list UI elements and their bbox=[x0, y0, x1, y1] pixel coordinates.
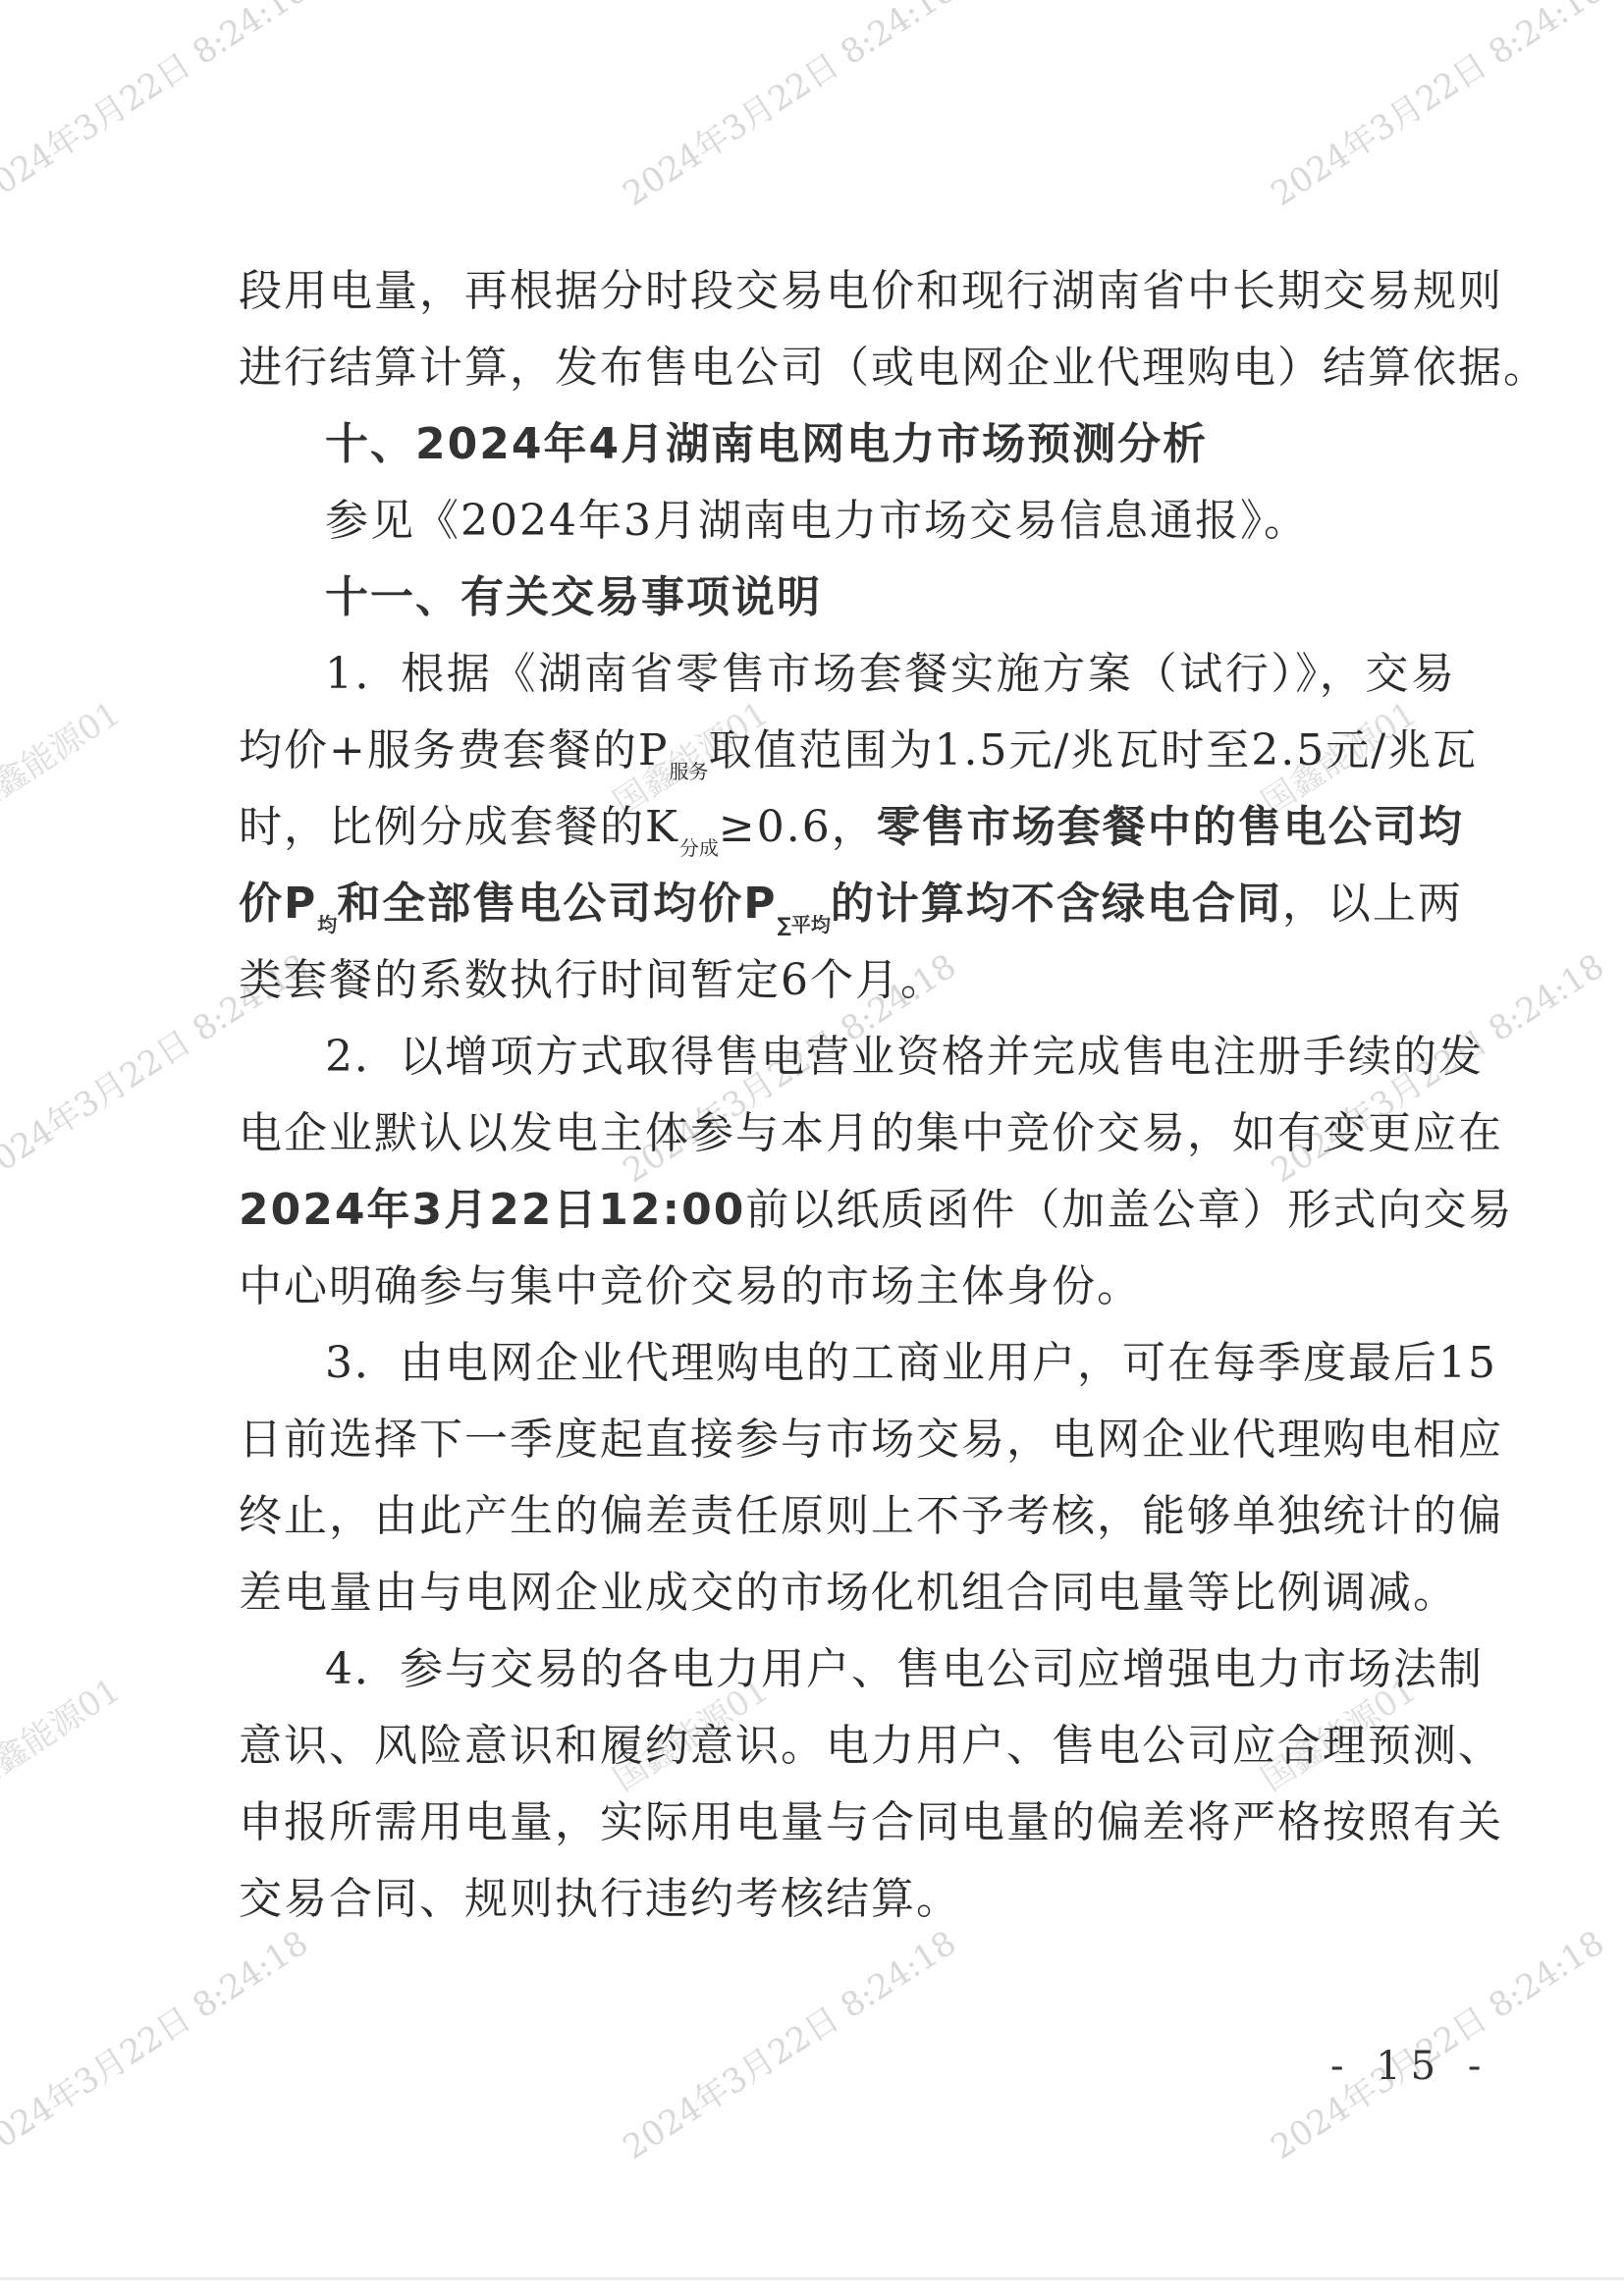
page-number: - 15 - bbox=[1330, 2044, 1490, 2089]
watermark-timestamp: 2024年3月22日 8:24:18 bbox=[1260, 1917, 1611, 2168]
watermark-timestamp: 2024年3月22日 8:24:18 bbox=[612, 0, 963, 215]
watermark-timestamp: 2024年3月22日 8:24:18 bbox=[1260, 0, 1611, 215]
text-span: 前以纸质函件（加盖公章）形式向交易 bbox=[745, 1185, 1513, 1235]
item-2-line: 2024年3月22日12:00前以纸质函件（加盖公章）形式向交易 bbox=[239, 1172, 1456, 1249]
section-heading-10: 十、2024年4月湖南电网电力市场预测分析 bbox=[239, 406, 1456, 483]
item-1-line: 时，比例分成套餐的K分成≥0.6，零售市场套餐中的售电公司均 bbox=[239, 789, 1456, 866]
text-span: 取值范围为1.5元/兆瓦时至2.5元/兆瓦 bbox=[708, 725, 1478, 775]
watermark-timestamp: 2024年3月22日 8:24:18 bbox=[612, 1917, 963, 2168]
item-1-line: 类套餐的系数执行时间暂定6个月。 bbox=[239, 942, 1456, 1019]
document-page: 2024年3月22日 8:24:18 2024年3月22日 8:24:18 20… bbox=[0, 0, 1624, 2296]
item-3-line: 3．由电网企业代理购电的工商业用户，可在每季度最后15 bbox=[239, 1325, 1456, 1402]
item-4-line: 意识、风险意识和履约意识。电力用户、售电公司应合理预测、 bbox=[239, 1708, 1456, 1785]
item-4-line: 4．参与交易的各电力用户、售电公司应增强电力市场法制 bbox=[239, 1631, 1456, 1708]
watermark-timestamp: 2024年3月22日 8:24:18 bbox=[0, 1917, 316, 2168]
item-2-line: 2．以增项方式取得售电营业资格并完成售电注册手续的发 bbox=[239, 1019, 1456, 1095]
item-4-line: 交易合同、规则执行违约考核结算。 bbox=[239, 1861, 1456, 1938]
subscript: 服务 bbox=[669, 760, 708, 783]
item-2-line: 中心明确参与集中竞价交易的市场主体身份。 bbox=[239, 1249, 1456, 1325]
bold-text: 零售市场套餐中的售电公司均 bbox=[877, 802, 1464, 852]
paragraph-line: 段用电量，再根据分时段交易电价和现行湖南省中长期交易规则 bbox=[239, 253, 1456, 330]
page-bottom-edge bbox=[0, 2277, 1624, 2280]
text-span: 时，比例分成套餐的K bbox=[239, 802, 679, 852]
deadline-text: 2024年3月22日12:00 bbox=[239, 1185, 745, 1235]
item-1-line: 1．根据《湖南省零售市场套餐实施方案（试行）》，交易 bbox=[239, 636, 1456, 713]
section-10-body: 参见《2024年3月湖南电力市场交易信息通报》。 bbox=[239, 483, 1456, 560]
item-1-line: 均价+服务费套餐的P服务取值范围为1.5元/兆瓦时至2.5元/兆瓦 bbox=[239, 713, 1456, 789]
bold-text: 价P bbox=[239, 879, 317, 929]
watermark-account: 国鑫能源01 bbox=[0, 1664, 128, 1800]
item-1-line: 价P均和全部售电公司均价P∑平均的计算均不含绿电合同，以上两 bbox=[239, 866, 1456, 942]
bold-text: 和全部售电公司均价P bbox=[337, 879, 777, 929]
bold-text: 的计算均不含绿电合同 bbox=[831, 879, 1282, 929]
subscript: ∑平均 bbox=[778, 913, 831, 936]
item-3-line: 终止，由此产生的偏差责任原则上不予考核，能够单独统计的偏 bbox=[239, 1478, 1456, 1555]
watermark-timestamp: 2024年3月22日 8:24:18 bbox=[0, 0, 316, 215]
paragraph-line: 进行结算计算，发布售电公司（或电网企业代理购电）结算依据。 bbox=[239, 330, 1456, 406]
item-2-line: 电企业默认以发电主体参与本月的集中竞价交易，如有变更应在 bbox=[239, 1095, 1456, 1172]
item-3-line: 差电量由与电网企业成交的市场化机组合同电量等比例调减。 bbox=[239, 1555, 1456, 1631]
subscript: 均 bbox=[317, 913, 337, 936]
document-body: 段用电量，再根据分时段交易电价和现行湖南省中长期交易规则 进行结算计算，发布售电… bbox=[239, 253, 1456, 1938]
text-span: 均价+服务费套餐的P bbox=[239, 725, 669, 775]
subscript: 分成 bbox=[679, 836, 719, 860]
text-span: ≥0.6， bbox=[719, 802, 877, 852]
item-3-line: 日前选择下一季度起直接参与市场交易，电网企业代理购电相应 bbox=[239, 1402, 1456, 1478]
text-span: ，以上两 bbox=[1282, 879, 1463, 929]
watermark-account: 国鑫能源01 bbox=[0, 687, 128, 824]
item-4-line: 申报所需用电量，实际用电量与合同电量的偏差将严格按照有关 bbox=[239, 1785, 1456, 1861]
section-heading-11: 十一、有关交易事项说明 bbox=[239, 560, 1456, 636]
